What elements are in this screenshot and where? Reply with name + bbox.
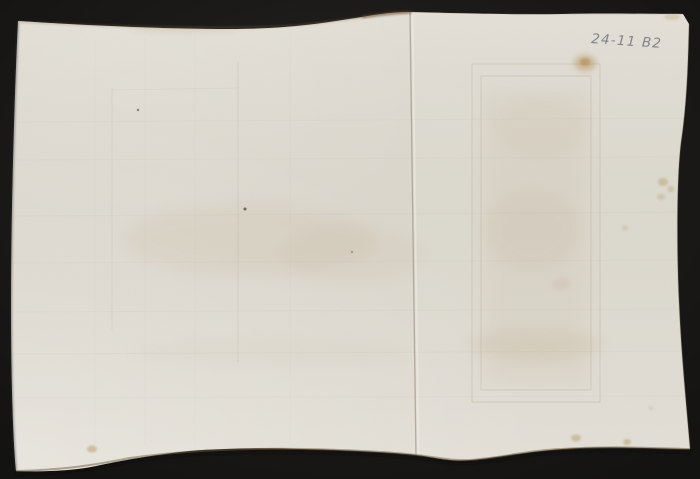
photo-of-blank-antique-paper: 24-11 B2 bbox=[0, 0, 700, 479]
photo-canvas: 24-11 B2 bbox=[0, 0, 700, 479]
photo-grain-overlay bbox=[0, 0, 700, 479]
